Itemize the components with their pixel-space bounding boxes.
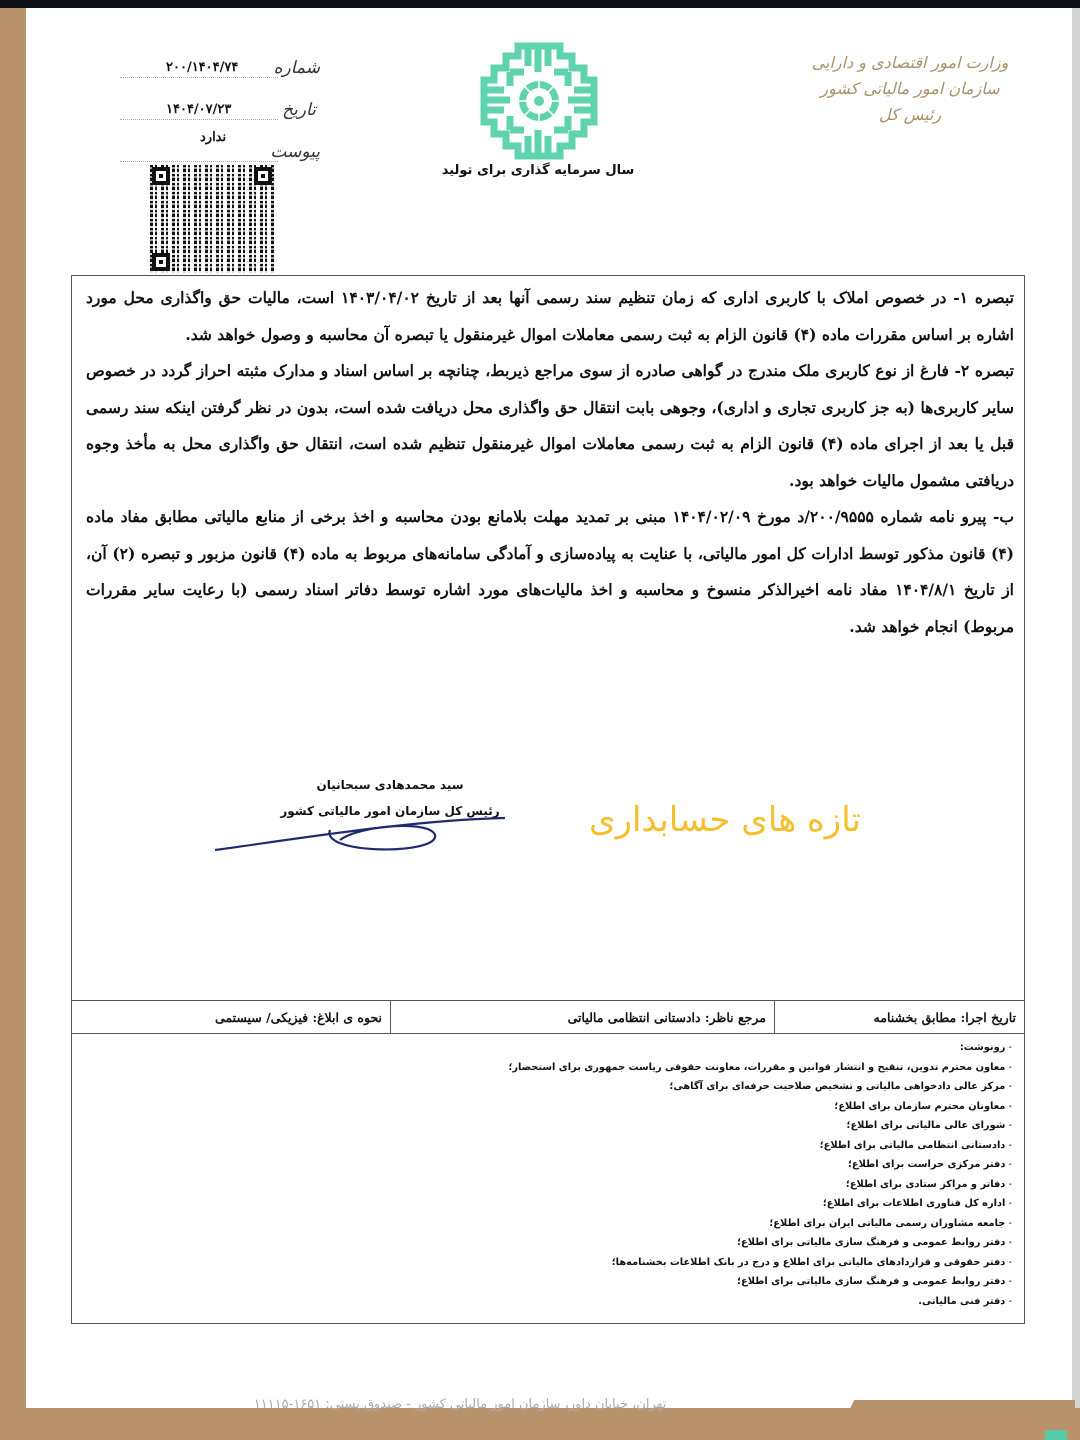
year-slogan: سال سرمایه گذاری برای تولید (440, 163, 636, 178)
cc-item: معاون محترم تدوین، تنقیح و انتشار قوانین… (492, 1058, 1012, 1078)
letter-number-row: شماره ۲۰۰/۱۴۰۴/۷۴ (120, 52, 320, 78)
ministry-name: وزارت امور اقتصادی و دارایی (790, 50, 1030, 76)
organization-name: سازمان امور مالیاتی کشور (790, 76, 1030, 102)
qr-finder-icon (254, 167, 272, 185)
cc-list: رونوشت: معاون محترم تدوین، تنقیح و انتشا… (492, 1038, 1012, 1311)
letter-meta: شماره ۲۰۰/۱۴۰۴/۷۴ تاریخ ۱۴۰۴/۰۷/۲۳ پیوست… (120, 50, 320, 165)
qr-code (148, 163, 276, 275)
cc-item: دادستانی انتظامی مالیاتی برای اطلاع؛ (492, 1136, 1012, 1156)
cc-item: دفتر روابط عمومی و فرهنگ سازی مالیاتی بر… (492, 1272, 1012, 1292)
letter-body-box: تبصره ۱- در خصوص املاک با کاربری اداری ک… (71, 275, 1025, 1000)
ministry-header: وزارت امور اقتصادی و دارایی سازمان امور … (790, 50, 1030, 128)
execution-date-cell: تاریخ اجرا: مطابق بخشنامه (774, 1001, 1024, 1033)
execution-info-row: تاریخ اجرا: مطابق بخشنامه مرجع ناظر: داد… (71, 1000, 1025, 1034)
letter-attachment-label: پیوست (278, 142, 320, 162)
top-status-bar (0, 0, 1080, 8)
cc-item: دفتر روابط عمومی و فرهنگ سازی مالیاتی بر… (492, 1233, 1012, 1253)
letterhead-corner-decoration (835, 1400, 1075, 1440)
notification-method-cell: نحوه ی ابلاغ: فیزیکی/ سیستمی (72, 1001, 390, 1033)
qr-finder-icon (152, 167, 170, 185)
letter-number-value: ۲۰۰/۱۴۰۴/۷۴ (120, 59, 278, 78)
letter-attachment-value: ندارد (200, 130, 226, 145)
note-1-paragraph: تبصره ۱- در خصوص املاک با کاربری اداری ک… (86, 280, 1014, 353)
footer-address: تهران، خیابان داور، سازمان امور مالیاتی … (165, 1397, 755, 1412)
watermark-text: تازه های حسابداری (560, 800, 890, 840)
cc-item: شورای عالی مالیاتی برای اطلاع؛ (492, 1116, 1012, 1136)
cc-item: جامعه مشاوران رسمی مالیاتی ایران برای اط… (492, 1214, 1012, 1234)
signatory-name: سید محمدهادی سبحانیان (270, 772, 510, 798)
cc-box: رونوشت: معاون محترم تدوین، تنقیح و انتشا… (71, 1034, 1025, 1324)
cc-heading: رونوشت: (492, 1038, 1012, 1058)
qr-finder-icon (152, 253, 170, 271)
supervising-authority-cell: مرجع ناظر: دادستانی انتظامی مالیاتی (390, 1001, 774, 1033)
letter-date-label: تاریخ (278, 100, 320, 120)
cc-item: دفتر مرکزی حراست برای اطلاع؛ (492, 1155, 1012, 1175)
corner-accent (1045, 1430, 1067, 1440)
cc-item: دفاتر و مراکز ستادی برای اطلاع؛ (492, 1175, 1012, 1195)
cc-item: دفتر فنی مالیاتی. (492, 1292, 1012, 1312)
section-b-paragraph: ب- پیرو نامه شماره ۲۰۰/۹۵۵۵/د مورخ ۱۴۰۴/… (86, 499, 1014, 645)
handwritten-signature-icon (210, 800, 510, 860)
letter-date-row: تاریخ ۱۴۰۴/۰۷/۲۳ (120, 94, 320, 120)
cc-item: اداره کل فناوری اطلاعات برای اطلاع؛ (492, 1194, 1012, 1214)
letter-number-label: شماره (278, 58, 320, 78)
letter-body-text: تبصره ۱- در خصوص املاک با کاربری اداری ک… (86, 280, 1014, 645)
page-edge (1072, 8, 1080, 1440)
attachment-line: . (120, 143, 278, 162)
letter-date-value: ۱۴۰۴/۰۷/۲۳ (120, 101, 278, 120)
cc-item: مرکز عالی دادخواهی مالیاتی و تشخیص صلاحی… (492, 1077, 1012, 1097)
cc-item: معاونان محترم سازمان برای اطلاع؛ (492, 1097, 1012, 1117)
cc-item: دفتر حقوقی و قراردادهای مالیاتی برای اطل… (492, 1253, 1012, 1273)
note-2-paragraph: تبصره ۲- فارغ از نوع کاربری ملک مندرج در… (86, 353, 1014, 499)
tax-organization-logo-icon (480, 42, 598, 160)
office-title: رئیس کل (790, 102, 1030, 128)
